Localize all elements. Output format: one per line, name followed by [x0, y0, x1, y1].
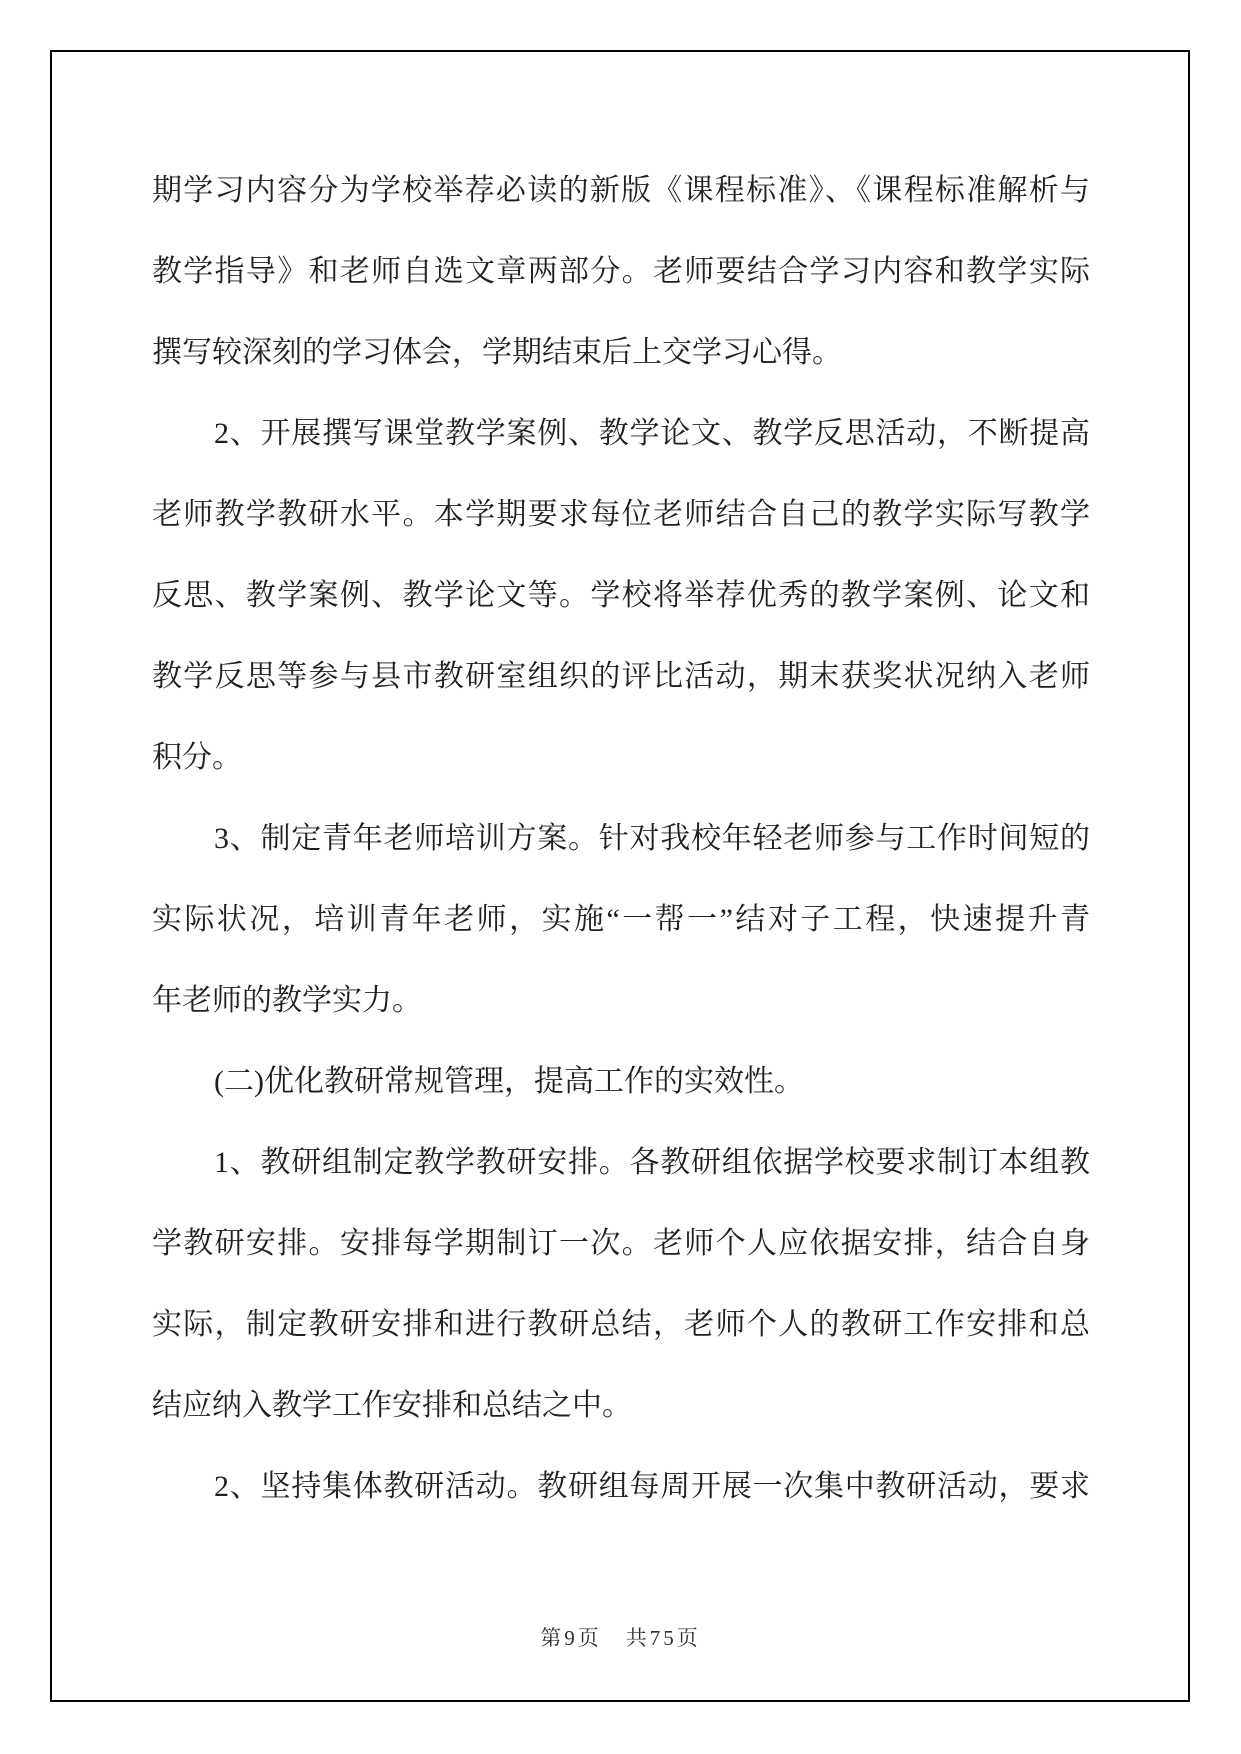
footer-page-unit: 页: [578, 1626, 602, 1650]
footer-total-prefix: 共: [626, 1626, 650, 1650]
text-line: 撰写较深刻的学习体会，学期结束后上交学习心得。: [152, 312, 1090, 393]
text-line: 教学反思等参与县市教研室组织的评比活动，期末获奖状况纳入老师: [152, 636, 1090, 717]
text-line: 结应纳入教学工作安排和总结之中。: [152, 1365, 1090, 1446]
text-line: 2、坚持集体教研活动。教研组每周开展一次集中教研活动，要求: [152, 1446, 1090, 1527]
page-footer: 第9页共75页: [0, 1622, 1241, 1652]
text-line: 老师教学教研水平。本学期要求每位老师结合自己的教学实际写教学: [152, 474, 1090, 555]
text-line: (二)优化教研常规管理，提高工作的实效性。: [152, 1041, 1090, 1122]
text-line: 2、开展撰写课堂教学案例、教学论文、教学反思活动，不断提高: [152, 393, 1090, 474]
text-line: 反思、教学案例、教学论文等。学校将举荐优秀的教学案例、论文和: [152, 555, 1090, 636]
footer-page-prefix: 第: [540, 1626, 564, 1650]
text-line: 教学指导》和老师自选文章两部分。老师要结合学习内容和教学实际: [152, 231, 1090, 312]
text-line: 实际状况，培训青年老师，实施“一帮一”结对子工程，快速提升青: [152, 879, 1090, 960]
text-line: 3、制定青年老师培训方案。针对我校年轻老师参与工作时间短的: [152, 798, 1090, 879]
text-line: 实际，制定教研安排和进行教研总结，老师个人的教研工作安排和总: [152, 1284, 1090, 1365]
text-line: 积分。: [152, 717, 1090, 798]
text-line: 1、教研组制定教学教研安排。各教研组依据学校要求制订本组教: [152, 1122, 1090, 1203]
text-line: 期学习内容分为学校举荐必读的新版《课程标准》、《课程标准解析与: [152, 150, 1090, 231]
footer-page-number: 9: [564, 1626, 578, 1650]
text-line: 学教研安排。安排每学期制订一次。老师个人应依据安排，结合自身: [152, 1203, 1090, 1284]
document-page: 期学习内容分为学校举荐必读的新版《课程标准》、《课程标准解析与教学指导》和老师自…: [0, 0, 1241, 1754]
text-line: 年老师的教学实力。: [152, 960, 1090, 1041]
footer-total-pages: 75: [650, 1626, 677, 1650]
footer-total-unit: 页: [677, 1626, 701, 1650]
document-body: 期学习内容分为学校举荐必读的新版《课程标准》、《课程标准解析与教学指导》和老师自…: [152, 150, 1090, 1527]
